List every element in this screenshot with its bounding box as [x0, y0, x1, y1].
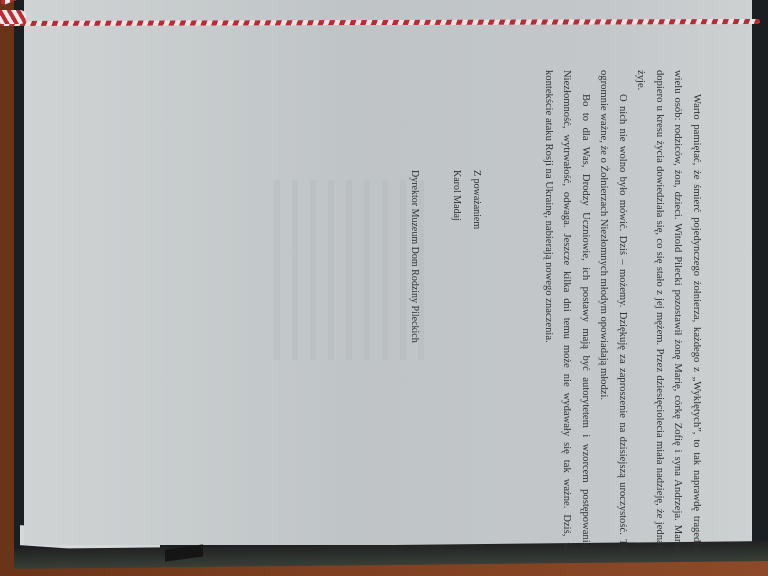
- signatory-name: Karol Madaj: [447, 170, 466, 221]
- paragraph-2: O nich nie wolno było mówić. Dziś – może…: [594, 70, 631, 550]
- paragraph-3: Bo to dla Was, Drodzy Uczniowie, ich pos…: [539, 70, 595, 550]
- paragraph-1: Warto pamiętać, że śmierć pojedynczego ż…: [631, 70, 705, 550]
- closing-salutation: Z poważaniem: [467, 170, 486, 229]
- letter-page: Warto pamiętać, że śmierć pojedynczego ż…: [65, 70, 705, 550]
- signatory-title: Dyrektor Muzeum Dom Rodziny Pileckich: [405, 170, 424, 343]
- cord-tassel: [0, 10, 26, 24]
